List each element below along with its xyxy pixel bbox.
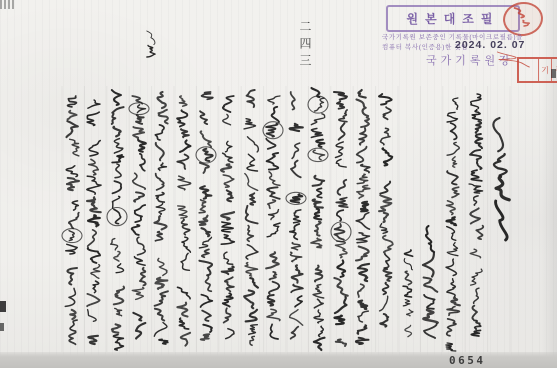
- scanned-document-page: 二四三 원본대조필 국가기록원 보존중인 기록물(마이크로필름)을 컴퓨터 복사…: [0, 0, 557, 368]
- page-serial-number: 0654: [449, 354, 486, 367]
- handwriting-layer: [0, 0, 557, 368]
